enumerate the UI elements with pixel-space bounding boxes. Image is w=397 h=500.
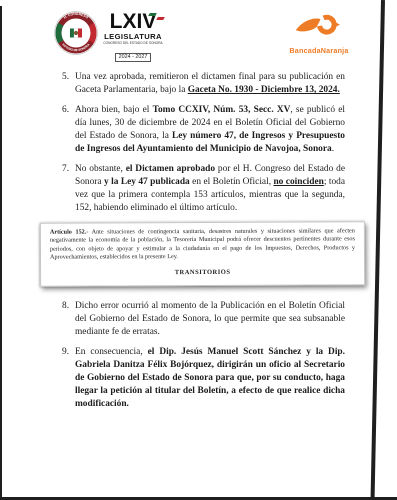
- legislature-term: 2024 - 2027: [115, 53, 152, 62]
- seal-coat-of-arms: [70, 29, 82, 38]
- paragraph: 6.Ahora bien, bajo el Tomo CCXIV, Núm. 5…: [62, 104, 345, 156]
- text-segment: en el Boletín Oficial,: [190, 177, 274, 187]
- bird-head-swirl: [317, 15, 337, 35]
- paragraph-text: En consecuencia, el Dip. Jesús Manuel Sc…: [75, 347, 345, 409]
- text-segment: No obstante,: [75, 164, 126, 174]
- bancada-naranja-logo: BancadaNaranja: [280, 13, 358, 55]
- bird-beak: [334, 22, 340, 28]
- text-segment: Dicho error ocurrió al momento de la Pub…: [75, 301, 345, 337]
- seal-laurel-left: [58, 24, 60, 42]
- document-page: H. CONGRESO ESTADO DE SONORA LXIV LEGISL…: [0, 0, 397, 500]
- paragraph-text: No obstante, el Dictamen aprobado por el…: [75, 164, 345, 213]
- text-segment: .: [332, 144, 334, 154]
- scan-edge-right: [370, 0, 385, 500]
- seal-laurel-right: [91, 24, 93, 42]
- paragraph-number: 7.: [62, 163, 69, 176]
- text-segment: no coinciden: [273, 177, 323, 187]
- bancada-naranja-bird-icon: [294, 13, 344, 41]
- snippet-lead: Artículo 152.-: [50, 228, 88, 235]
- document-header: H. CONGRESO ESTADO DE SONORA LXIV LEGISL…: [0, 10, 397, 64]
- paragraph: 8.Dicho error ocurrió al momento de la P…: [62, 300, 345, 339]
- congress-seal-icon: H. CONGRESO ESTADO DE SONORA: [54, 11, 98, 55]
- legislature-subtitle: CONGRESO DEL ESTADO DE SONORA: [100, 41, 166, 45]
- paragraph-text: Ahora bien, bajo el Tomo CCXIV, Núm. 53,…: [75, 105, 345, 154]
- document-body: 5.Una vez aprobada, remitieron el dictam…: [62, 71, 345, 418]
- legislature-acronym: LXIV: [100, 12, 166, 32]
- paragraph-number: 6.: [62, 104, 69, 117]
- text-segment: y la Ley 47 publicada: [104, 177, 190, 187]
- text-segment: el Dictamen aprobado: [126, 164, 215, 174]
- paragraph-text: Una vez aprobada, remitieron el dictamen…: [75, 72, 345, 95]
- text-segment: Gaceta No. 1930 - Diciembre 13, 2024.: [188, 85, 340, 95]
- text-segment: En consecuencia,: [75, 347, 148, 357]
- legislature-logo: LXIV LEGISLATURA CONGRESO DEL ESTADO DE …: [100, 12, 166, 63]
- paragraph-number: 5.: [62, 71, 69, 84]
- paragraph-number: 8.: [62, 300, 69, 313]
- bancada-label: BancadaNaranja: [280, 46, 358, 55]
- text-segment: Ahora bien, bajo el: [75, 105, 153, 115]
- bird-eye: [326, 20, 329, 23]
- text-segment: Tomo CCXIV, Núm. 53, Secc. XV: [153, 105, 291, 115]
- paragraph-number: 9.: [62, 346, 69, 359]
- paragraph: 9.En consecuencia, el Dip. Jesús Manuel …: [62, 346, 345, 411]
- bird-wing: [296, 18, 321, 31]
- paragraph-text: Dicho error ocurrió al momento de la Pub…: [75, 301, 345, 337]
- snippet-text: Artículo 152.- Ante situaciones de conti…: [50, 227, 355, 262]
- paragraph: 5.Una vez aprobada, remitieron el dictam…: [62, 71, 345, 97]
- scan-edge-left: [0, 6, 2, 500]
- paragraph: 7.No obstante, el Dictamen aprobado por …: [62, 163, 345, 215]
- article-snippet: Artículo 152.- Ante situaciones de conti…: [40, 221, 365, 287]
- legislature-title: LEGISLATURA: [100, 32, 166, 41]
- snippet-heading: TRANSITORIOS: [50, 266, 355, 280]
